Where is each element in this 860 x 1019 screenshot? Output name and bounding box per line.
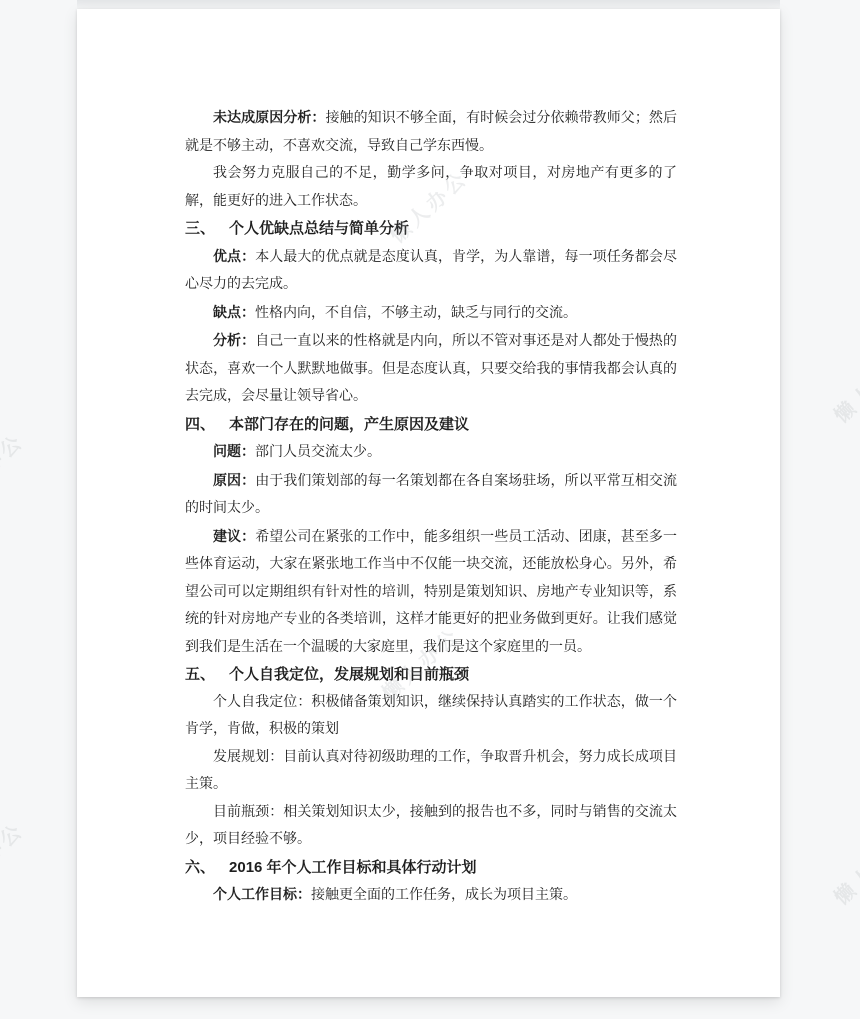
section-heading: 四、本部门存在的问题，产生原因及建议 — [185, 411, 677, 439]
paragraph: 个人自我定位：积极储备策划知识，继续保持认真踏实的工作状态，做一个肯学，肯做，积… — [185, 689, 677, 744]
paragraph-text: 本人最大的优点就是态度认真，肯学，为人靠谱，每一项任务都会尽心尽力的去完成。 — [185, 250, 677, 293]
paragraph: 分析：自己一直以来的性格就是内向，所以不管对事还是对人都处于慢热的状态，喜欢一个… — [185, 327, 677, 411]
section-number: 六、 — [185, 859, 215, 876]
section-title: 个人优缺点总结与简单分析 — [229, 220, 409, 237]
section-number: 四、 — [185, 416, 215, 433]
section-title: 个人自我定位，发展规划和目前瓶颈 — [229, 666, 469, 683]
watermark-text: 懒人办公 — [0, 426, 29, 512]
paragraph-lead: 分析： — [213, 332, 255, 348]
paragraph-text: 个人自我定位：积极储备策划知识，继续保持认真踏实的工作状态，做一个肯学，肯做，积… — [185, 695, 677, 738]
paragraph: 原因：由于我们策划部的每一名策划都在各自案场驻场，所以平常互相交流的时间太少。 — [185, 467, 677, 523]
document-page: 未达成原因分析：接触的知识不够全面，有时候会过分依赖带教师父；然后就是不够主动，… — [77, 9, 780, 997]
document-body: 未达成原因分析：接触的知识不够全面，有时候会过分依赖带教师父；然后就是不够主动，… — [185, 104, 677, 910]
watermark-text: 懒人办公 — [827, 825, 860, 911]
paragraph-text: 发展规划：目前认真对待初级助理的工作，争取晋升机会，努力成长成项目主策。 — [185, 750, 677, 793]
paragraph: 问题：部门人员交流太少。 — [185, 438, 677, 467]
paragraph: 未达成原因分析：接触的知识不够全面，有时候会过分依赖带教师父；然后就是不够主动，… — [185, 104, 677, 160]
watermark-text: 懒人办公 — [0, 815, 29, 901]
paragraph: 缺点：性格内向，不自信，不够主动，缺乏与同行的交流。 — [185, 299, 677, 328]
paragraph-text: 接触更全面的工作任务，成长为项目主策。 — [311, 888, 577, 903]
section-title: 2016 年个人工作目标和具体行动计划 — [229, 859, 477, 876]
section-heading: 三、个人优缺点总结与简单分析 — [185, 215, 677, 243]
paragraph-text: 自己一直以来的性格就是内向，所以不管对事还是对人都处于慢热的状态，喜欢一个人默默… — [185, 334, 677, 404]
section-number: 三、 — [185, 220, 215, 237]
paragraph-lead: 原因： — [213, 472, 255, 488]
paragraph-text: 目前瓶颈：相关策划知识太少，接触到的报告也不多，同时与销售的交流太少，项目经验不… — [185, 805, 677, 848]
paragraph-text: 部门人员交流太少。 — [255, 445, 381, 460]
section-title: 本部门存在的问题，产生原因及建议 — [229, 416, 469, 433]
paragraph-lead: 缺点： — [213, 304, 255, 320]
paragraph-lead: 未达成原因分析： — [213, 109, 326, 125]
document-preview-canvas: 未达成原因分析：接触的知识不够全面，有时候会过分依赖带教师父；然后就是不够主动，… — [0, 0, 860, 1019]
section-heading: 五、个人自我定位，发展规划和目前瓶颈 — [185, 661, 677, 689]
paragraph: 目前瓶颈：相关策划知识太少，接触到的报告也不多，同时与销售的交流太少，项目经验不… — [185, 799, 677, 854]
paragraph: 发展规划：目前认真对待初级助理的工作，争取晋升机会，努力成长成项目主策。 — [185, 744, 677, 799]
paragraph-lead: 个人工作目标： — [213, 886, 311, 902]
paragraph: 建议：希望公司在紧张的工作中，能多组织一些员工活动、团康，甚至多一些体育运动，大… — [185, 523, 677, 662]
paragraph: 个人工作目标：接触更全面的工作任务，成长为项目主策。 — [185, 881, 677, 910]
paragraph-lead: 建议： — [213, 528, 255, 544]
paragraph-lead: 问题： — [213, 443, 255, 459]
watermark-text: 懒人办公 — [827, 343, 860, 429]
page-gap-shadow — [77, 0, 780, 9]
section-number: 五、 — [185, 666, 215, 683]
paragraph-lead: 优点： — [213, 248, 255, 264]
paragraph-text: 由于我们策划部的每一名策划都在各自案场驻场，所以平常互相交流的时间太少。 — [185, 474, 677, 517]
paragraph: 我会努力克服自己的不足，勤学多问，争取对项目，对房地产有更多的了解，能更好的进入… — [185, 160, 677, 215]
paragraph-text: 我会努力克服自己的不足，勤学多问，争取对项目，对房地产有更多的了解，能更好的进入… — [185, 166, 677, 209]
paragraph-text: 希望公司在紧张的工作中，能多组织一些员工活动、团康，甚至多一些体育运动，大家在紧… — [185, 530, 677, 655]
paragraph: 优点：本人最大的优点就是态度认真，肯学，为人靠谱，每一项任务都会尽心尽力的去完成… — [185, 243, 677, 299]
section-heading: 六、2016 年个人工作目标和具体行动计划 — [185, 854, 677, 882]
paragraph-text: 性格内向，不自信，不够主动，缺乏与同行的交流。 — [255, 306, 577, 321]
